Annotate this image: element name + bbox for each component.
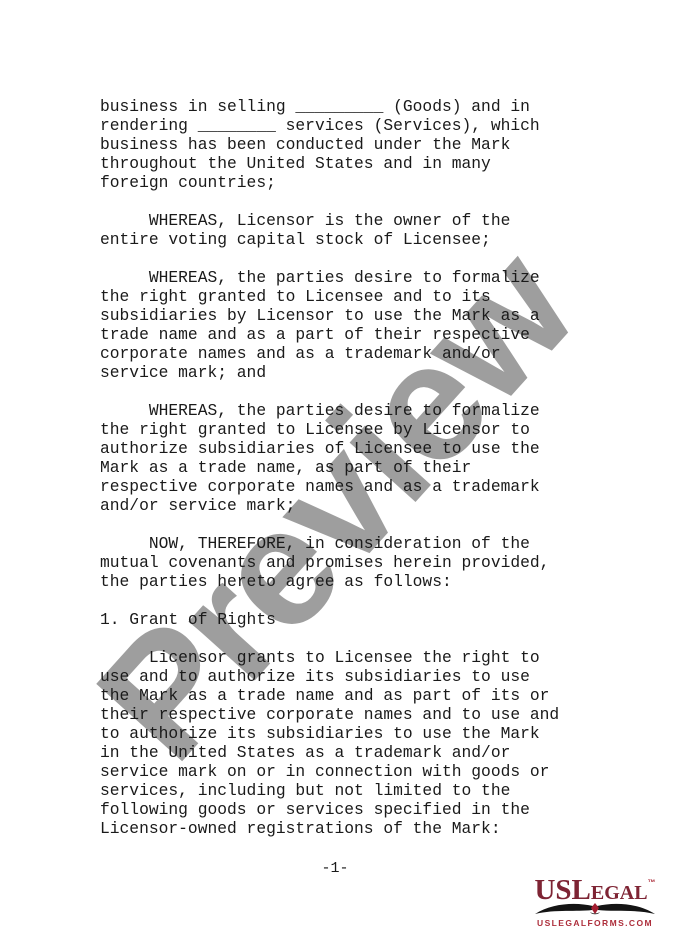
uslegal-site-text: USLEGALFORMS.COM — [528, 918, 662, 928]
document-page: Preview business in selling _________ (G… — [0, 0, 675, 950]
document-paragraph-5: NOW, THEREFORE, in consideration of the … — [100, 534, 580, 591]
document-paragraph-7: Licensor grants to Licensee the right to… — [100, 648, 580, 838]
trademark-symbol: ™ — [648, 878, 656, 887]
document-paragraph-4: WHEREAS, the parties desire to formalize… — [100, 401, 580, 515]
uslegal-logo: USLegal™ USLEGALFORMS.COM — [528, 869, 662, 928]
document-paragraph-2: WHEREAS, Licensor is the owner of the en… — [100, 211, 580, 249]
uslegal-brand-text: USLegal™ — [528, 869, 662, 904]
uslegal-brand-name: USLegal — [534, 874, 647, 906]
document-body: business in selling _________ (Goods) an… — [100, 97, 580, 857]
document-paragraph-1: business in selling _________ (Goods) an… — [100, 97, 580, 192]
document-paragraph-6: 1. Grant of Rights — [100, 610, 580, 629]
page-number: -1- — [100, 860, 570, 877]
document-paragraph-3: WHEREAS, the parties desire to formalize… — [100, 268, 580, 382]
